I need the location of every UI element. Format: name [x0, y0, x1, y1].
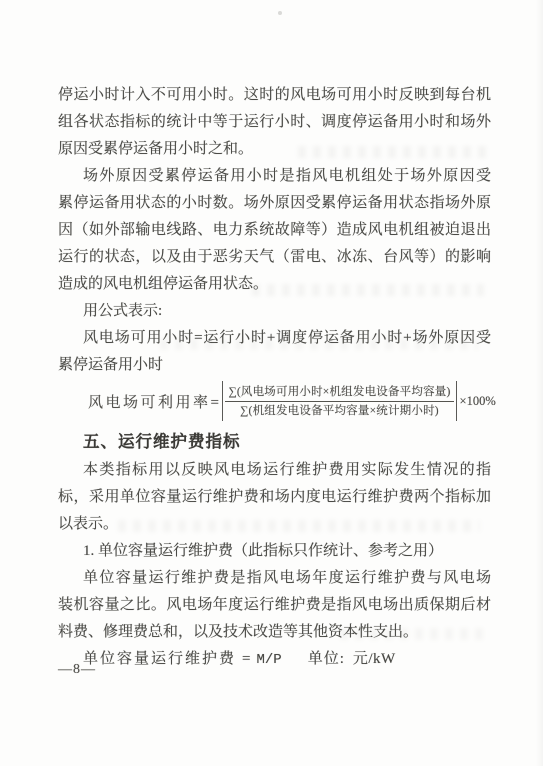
- scan-speck: [278, 11, 282, 15]
- equation-lhs: 单位容量运行维护费: [83, 651, 236, 667]
- formula-lhs: 风电场可利用率=: [88, 391, 221, 412]
- body-line: 料费、修理费总和，以及技术改造等其他资本性支出。: [58, 619, 491, 646]
- body-line: 停运小时计入不可用小时。这时的风电场可用小时反映到每台机: [58, 82, 491, 109]
- body-line: 以表示。: [58, 511, 491, 538]
- body-line: 原因受累停运备用小时之和。: [58, 136, 491, 163]
- page-number: —8—: [58, 662, 96, 678]
- formula-multiplier: ×100%: [460, 394, 496, 409]
- right-bracket: [456, 381, 457, 421]
- body-line: 1. 单位容量运行维护费（此指标只作统计、参考之用）: [58, 538, 491, 565]
- body-line: 累停运备用状态的小时数。场外原因受累停运备用状态指场外原: [58, 190, 491, 217]
- formula-fraction: ∑(风电场可用小时×机组发电设备平均容量) ∑(机组发电设备平均容量×统计期小时…: [225, 384, 453, 419]
- body-line: 本类指标用以反映风电场运行维护费用实际发生情况的指: [58, 457, 491, 484]
- document-body: 停运小时计入不可用小时。这时的风电场可用小时反映到每台机 组各状态指标的统计中等…: [58, 82, 491, 673]
- body-line: 标，采用单位容量运行维护费和场内度电运行维护费两个指标加: [58, 484, 491, 511]
- fraction-denominator: ∑(机组发电设备平均容量×统计期小时): [240, 402, 439, 419]
- section-heading: 五、运行维护费指标: [58, 427, 491, 457]
- body-line: 运行的状态，以及由于恶劣天气（雷电、冰冻、台风等）的影响: [58, 244, 491, 271]
- document-page: 停运小时计入不可用小时。这时的风电场可用小时反映到每台机 组各状态指标的统计中等…: [0, 0, 543, 766]
- body-line: 装机容量之比。风电场年度运行维护费是指风电场出质保期后材: [58, 592, 491, 619]
- left-bracket: [222, 381, 223, 421]
- equals-sign: =: [242, 651, 250, 667]
- unit-cost-equation: 单位容量运行维护费=M/P单位:元/kW: [58, 646, 491, 673]
- fraction-numerator: ∑(风电场可用小时×机组发电设备平均容量): [225, 384, 453, 401]
- body-line: 用公式表示:: [58, 298, 491, 325]
- unit-value: 元/kW: [353, 651, 396, 667]
- body-line: 累停运备用小时: [58, 352, 491, 379]
- body-line: 风电场可用小时=运行小时+调度停运备用小时+场外原因受: [58, 325, 491, 352]
- equation-value: M/P: [256, 652, 281, 668]
- body-line: 造成的风电机组停运备用状态。: [58, 271, 491, 298]
- body-line: 单位容量运行维护费是指风电场年度运行维护费与风电场: [58, 565, 491, 592]
- body-line: 场外原因受累停运备用小时是指风电机组处于场外原因受: [58, 163, 491, 190]
- availability-rate-formula: 风电场可利用率= ∑(风电场可用小时×机组发电设备平均容量) ∑(机组发电设备平…: [58, 379, 491, 423]
- body-line: 因（如外部输电线路、电力系统故障等）造成风电机组被迫退出: [58, 217, 491, 244]
- body-line: 组各状态指标的统计中等于运行小时、调度停运备用小时和场外: [58, 109, 491, 136]
- unit-label: 单位:: [308, 651, 345, 667]
